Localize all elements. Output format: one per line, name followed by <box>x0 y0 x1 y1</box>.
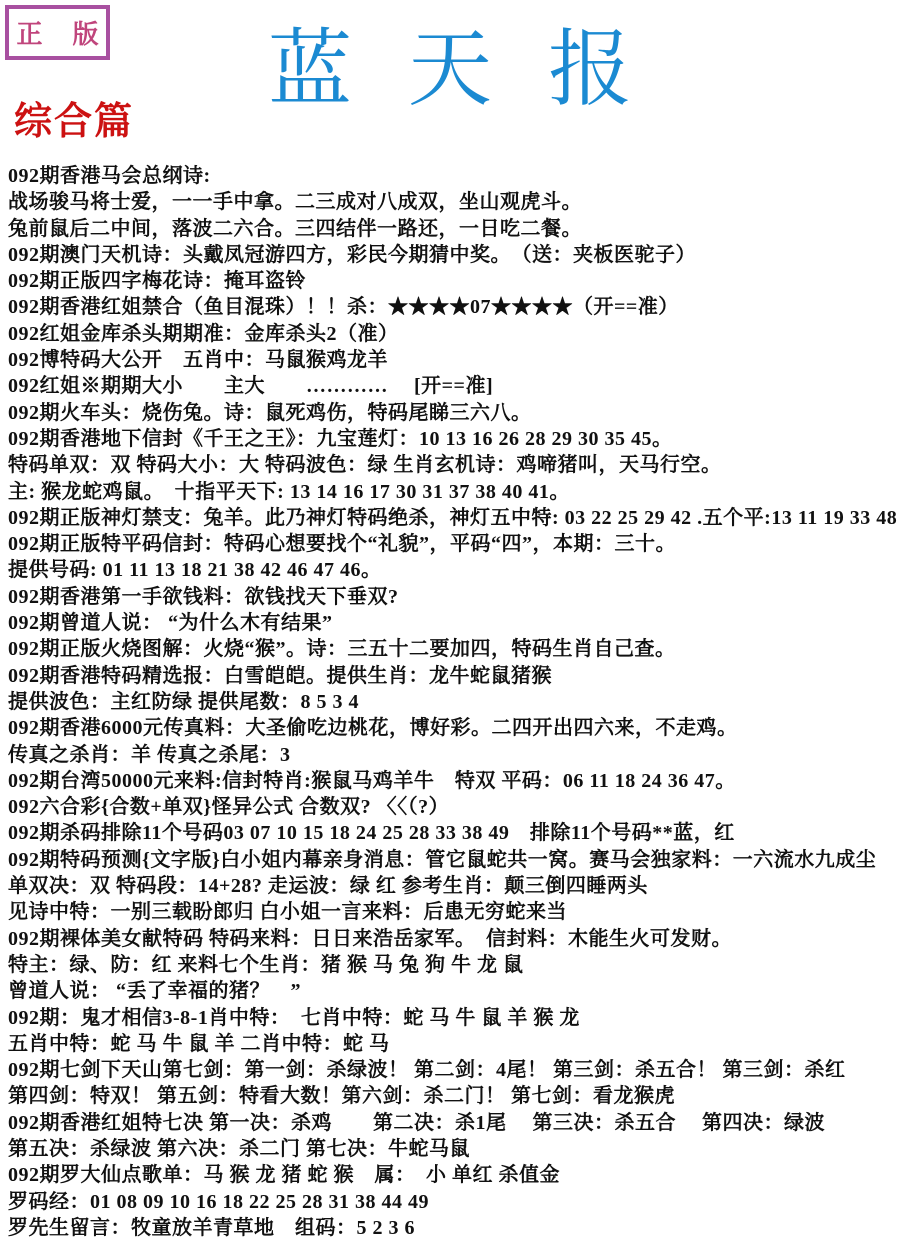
text-line: 092期正版四字梅花诗：掩耳盗铃 <box>8 268 900 294</box>
text-line: 战场骏马将士爱，一一手中拿。二三成对八成双，坐山观虎斗。 <box>8 189 900 215</box>
text-line: 092红姐金库杀头期期准：金库杀头2（准） <box>8 321 900 347</box>
text-line: 092期香港红姐禁合（鱼目混珠）！！杀：★★★★07★★★★（开==准） <box>8 294 900 320</box>
text-line: 罗先生留言：牧童放羊青草地 组码：5 2 3 6 <box>8 1215 900 1241</box>
text-line: 092期香港马会总纲诗: <box>8 163 900 189</box>
text-line: 特主：绿、防：红 来料七个生肖：猪 猴 马 兔 狗 牛 龙 鼠 <box>8 952 900 978</box>
text-line: 092六合彩{合数+单双}怪异公式 合数双? 〈〈（?） <box>8 794 900 820</box>
page-title: 蓝天报 <box>0 2 900 123</box>
content-lines: 092期香港马会总纲诗:战场骏马将士爱，一一手中拿。二三成对八成双，坐山观虎斗。… <box>8 163 900 1241</box>
text-line: 092期七剑下天山第七剑：第一剑：杀绿波！ 第二剑：4尾！ 第三剑：杀五合！ 第… <box>8 1057 900 1083</box>
text-line: 提供波色：主红防绿 提供尾数：8 5 3 4 <box>8 689 900 715</box>
section-title: 综合篇 <box>14 90 134 145</box>
text-line: 第五决：杀绿波 第六决：杀二门 第七决：牛蛇马鼠 <box>8 1136 900 1162</box>
text-line: 092期火车头：烧伤兔。诗：鼠死鸡伤，特码尾睇三六八。 <box>8 400 900 426</box>
text-line: 092期香港6000元传真料：大圣偷吃边桃花，博好彩。二四开出四六来，不走鸡。 <box>8 715 900 741</box>
text-line: 092期台湾50000元来料:信封特肖:猴鼠马鸡羊牛 特双 平码：06 11 1… <box>8 768 900 794</box>
text-line: 兔前鼠后二中间，落波二六合。三四结伴一路还，一日吃二餐。 <box>8 216 900 242</box>
text-line: 092期香港特码精选报：白雪皑皑。提供生肖：龙牛蛇鼠猪猴 <box>8 663 900 689</box>
text-line: 罗码经：01 08 09 10 16 18 22 25 28 31 38 44 … <box>8 1189 900 1215</box>
text-line: 092期香港地下信封《千王之王》：九宝莲灯：10 13 16 26 28 29 … <box>8 426 900 452</box>
text-line: 092期罗大仙点歌单：马 猴 龙 猪 蛇 猴 属： 小 单红 杀值金 <box>8 1162 900 1188</box>
text-line: 第四剑：特双！ 第五剑：特看大数！第六剑：杀二门！ 第七剑：看龙猴虎 <box>8 1083 900 1109</box>
text-line: 092期正版神灯禁支：兔羊。此乃神灯特码绝杀，神灯五中特: 03 22 25 2… <box>8 505 900 531</box>
text-line: 曾道人说： “丢了幸福的猪？ ” <box>8 978 900 1004</box>
text-line: 提供号码: 01 11 13 18 21 38 42 46 47 46。 <box>8 557 900 583</box>
text-line: 五肖中特：蛇 马 牛 鼠 羊 二肖中特：蛇 马 <box>8 1031 900 1057</box>
text-line: 传真之杀肖：羊 传真之杀尾：3 <box>8 742 900 768</box>
newspaper-page: 正版 蓝天报 综合篇 092期香港马会总纲诗:战场骏马将士爱，一一手中拿。二三成… <box>0 0 900 1243</box>
text-line: 092期正版特平码信封：特码心想要找个“礼貌”，平码“四”，本期：三十。 <box>8 531 900 557</box>
text-line: 单双决：双 特码段：14+28? 走运波：绿 红 参考生肖：颠三倒四睡两头 <box>8 873 900 899</box>
text-line: 092期香港红姐特七决 第一决：杀鸡 第二决：杀1尾 第三决：杀五合 第四决：绿… <box>8 1110 900 1136</box>
text-line: 092期香港第一手欲钱料：欲钱找天下垂双? <box>8 584 900 610</box>
text-line: 092期特码预测{文字版}白小姐内幕亲身消息：管它鼠蛇共一窝。赛马会独家料：一六… <box>8 847 900 873</box>
text-line: 092期杀码排除11个号码03 07 10 15 18 24 25 28 33 … <box>8 820 900 846</box>
text-line: 见诗中特：一别三载盼郎归 白小姐一言来料：后患无穷蛇来当 <box>8 899 900 925</box>
text-line: 092博特码大公开 五肖中：马鼠猴鸡龙羊 <box>8 347 900 373</box>
text-line: 092红姐※期期大小 主大 ………… [开==准] <box>8 373 900 399</box>
text-line: 092期曾道人说： “为什么木有结果” <box>8 610 900 636</box>
text-line: 092期裸体美女献特码 特码来料：日日来浩岳家军。 信封料：木能生火可发财。 <box>8 926 900 952</box>
text-line: 主: 猴龙蛇鸡鼠。 十指平天下: 13 14 16 17 30 31 37 38… <box>8 479 900 505</box>
text-line: 092期正版火烧图解：火烧“猴”。诗：三五十二要加四，特码生肖自己查。 <box>8 636 900 662</box>
text-line: 特码单双：双 特码大小：大 特码波色：绿 生肖玄机诗：鸡啼猪叫，天马行空。 <box>8 452 900 478</box>
text-line: 092期澳门天机诗：头戴凤冠游四方，彩民今期猜中奖。 （送：夹板医驼子） <box>8 242 900 268</box>
text-line: 092期：鬼才相信3-8-1肖中特： 七肖中特：蛇 马 牛 鼠 羊 猴 龙 <box>8 1005 900 1031</box>
